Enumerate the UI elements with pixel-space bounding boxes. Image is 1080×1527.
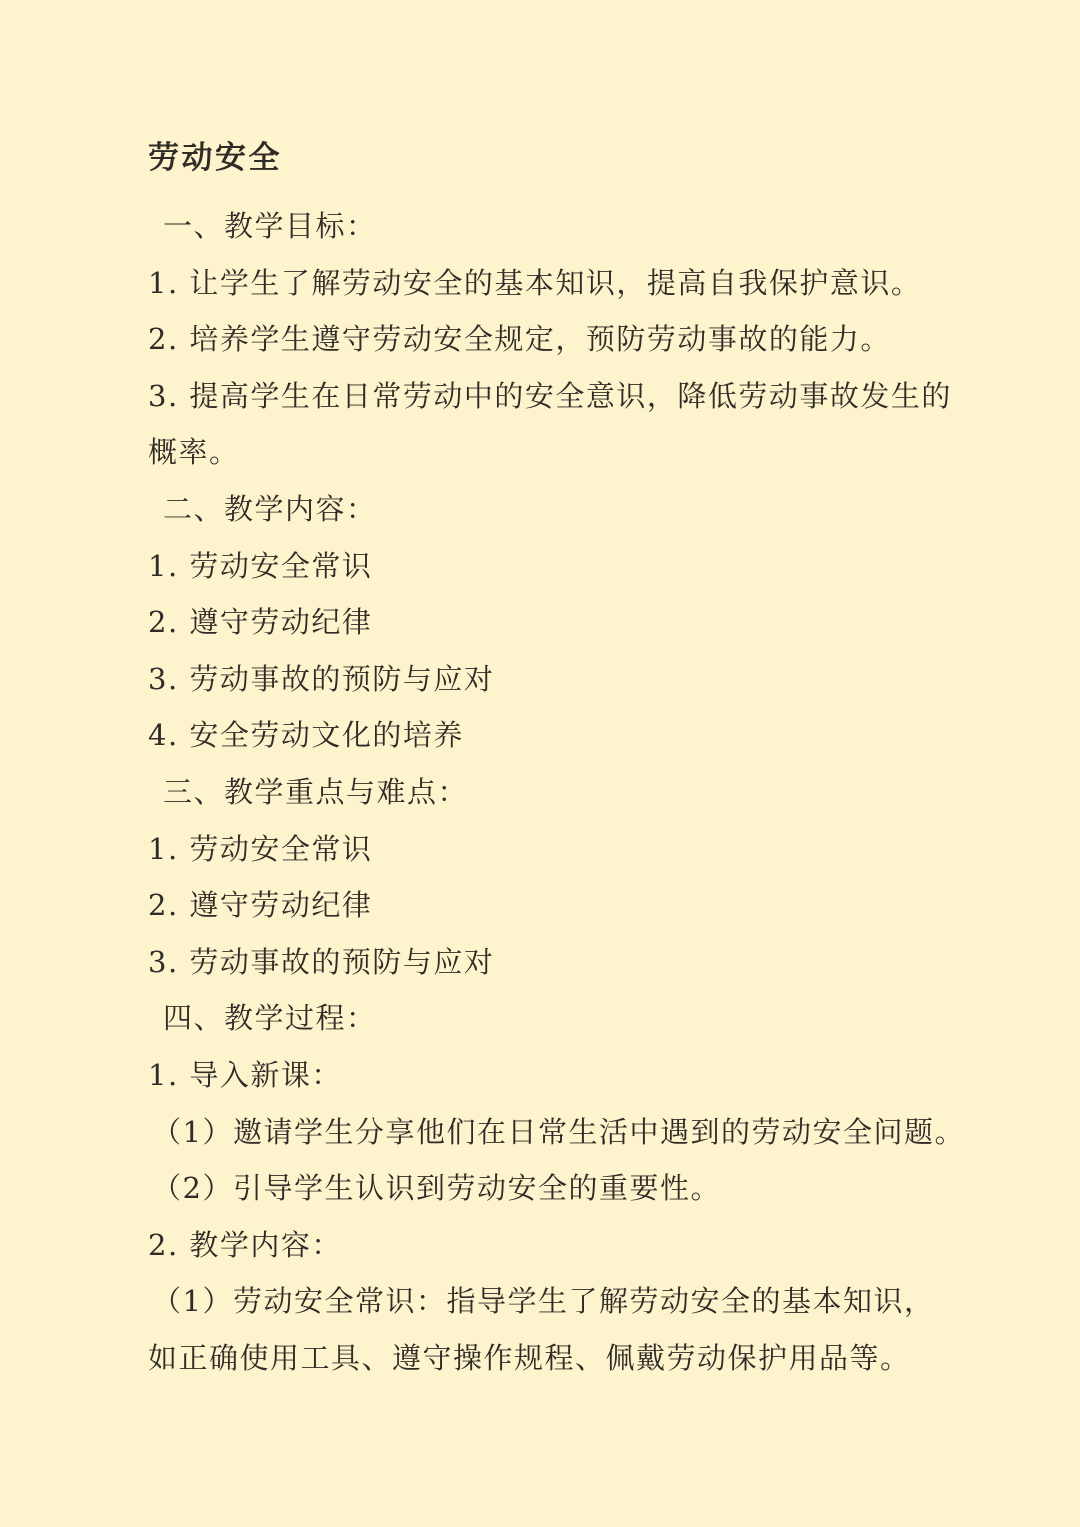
continuation-line: 概率。	[148, 424, 950, 481]
list-item: 3. 劳动事故的预防与应对	[148, 651, 950, 708]
sub-item: （2）引导学生认识到劳动安全的重要性。	[148, 1160, 950, 1217]
list-item: 3. 提高学生在日常劳动中的安全意识，降低劳动事故发生的	[148, 368, 950, 425]
list-item: 1. 导入新课：	[148, 1047, 950, 1104]
list-item: 2. 培养学生遵守劳动安全规定，预防劳动事故的能力。	[148, 311, 950, 368]
document-page: 劳动安全 一、教学目标： 1. 让学生了解劳动安全的基本知识，提高自我保护意识。…	[0, 0, 1080, 1527]
continuation-line: 如正确使用工具、遵守操作规程、佩戴劳动保护用品等。	[148, 1330, 950, 1387]
list-item: 1. 劳动安全常识	[148, 821, 950, 878]
list-item: 2. 遵守劳动纪律	[148, 877, 950, 934]
section-heading: 二、教学内容：	[148, 481, 950, 538]
sub-item: （1）劳动安全常识：指导学生了解劳动安全的基本知识，	[148, 1273, 950, 1330]
list-item: 2. 遵守劳动纪律	[148, 594, 950, 651]
list-item: 1. 劳动安全常识	[148, 538, 950, 595]
section-heading: 三、教学重点与难点：	[148, 764, 950, 821]
list-item: 1. 让学生了解劳动安全的基本知识，提高自我保护意识。	[148, 255, 950, 312]
section-heading: 一、教学目标：	[148, 198, 950, 255]
list-item: 4. 安全劳动文化的培养	[148, 707, 950, 764]
list-item: 2. 教学内容：	[148, 1217, 950, 1274]
list-item: 3. 劳动事故的预防与应对	[148, 934, 950, 991]
document-title: 劳动安全	[148, 138, 950, 178]
section-heading: 四、教学过程：	[148, 990, 950, 1047]
sub-item: （1）邀请学生分享他们在日常生活中遇到的劳动安全问题。	[148, 1104, 950, 1161]
